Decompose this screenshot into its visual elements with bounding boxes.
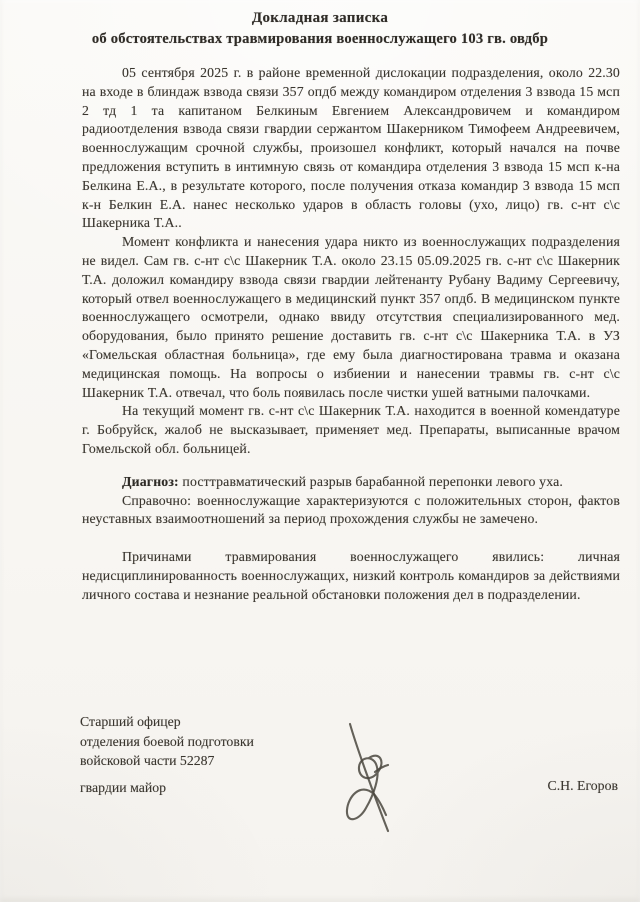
paragraph-reference: Справочно: военнослужащие характеризуютс… [82,492,620,530]
paragraph-report: Момент конфликта и нанесения удара никто… [82,233,620,402]
diagnosis-text: посттравматический разрыв барабанной пер… [182,474,563,489]
signer-position-line-1: Старший офицер [80,712,254,732]
document-subtitle: об обстоятельствах травмирования военнос… [0,29,640,50]
document-body: 05 сентября 2025 г. в районе временной д… [82,64,620,605]
scanned-document-page: Докладная записка об обстоятельствах тра… [0,0,640,902]
diagnosis-label: Диагноз: [122,474,179,489]
signature-area: Старший офицер отделения боевой подготов… [80,712,618,862]
paragraph-incident: 05 сентября 2025 г. в районе временной д… [82,64,620,233]
signer-position-line-3: войсковой части 52287 [80,751,254,771]
signer-position-block: Старший офицер отделения боевой подготов… [80,712,254,797]
signer-position-line-2: отделения боевой подготовки [80,732,254,752]
signer-rank: гвардии майор [80,778,254,798]
paragraph-causes: Причинами травмирования военнослужащего … [82,548,620,604]
paragraph-diagnosis: Диагноз: посттравматический разрыв бараб… [82,473,620,492]
signer-name: С.Н. Егоров [548,776,618,796]
document-title: Докладная записка [0,8,640,29]
paragraph-current-status: На текущий момент гв. с-нт с\с Шакерник … [82,402,620,458]
handwritten-signature [325,704,445,854]
